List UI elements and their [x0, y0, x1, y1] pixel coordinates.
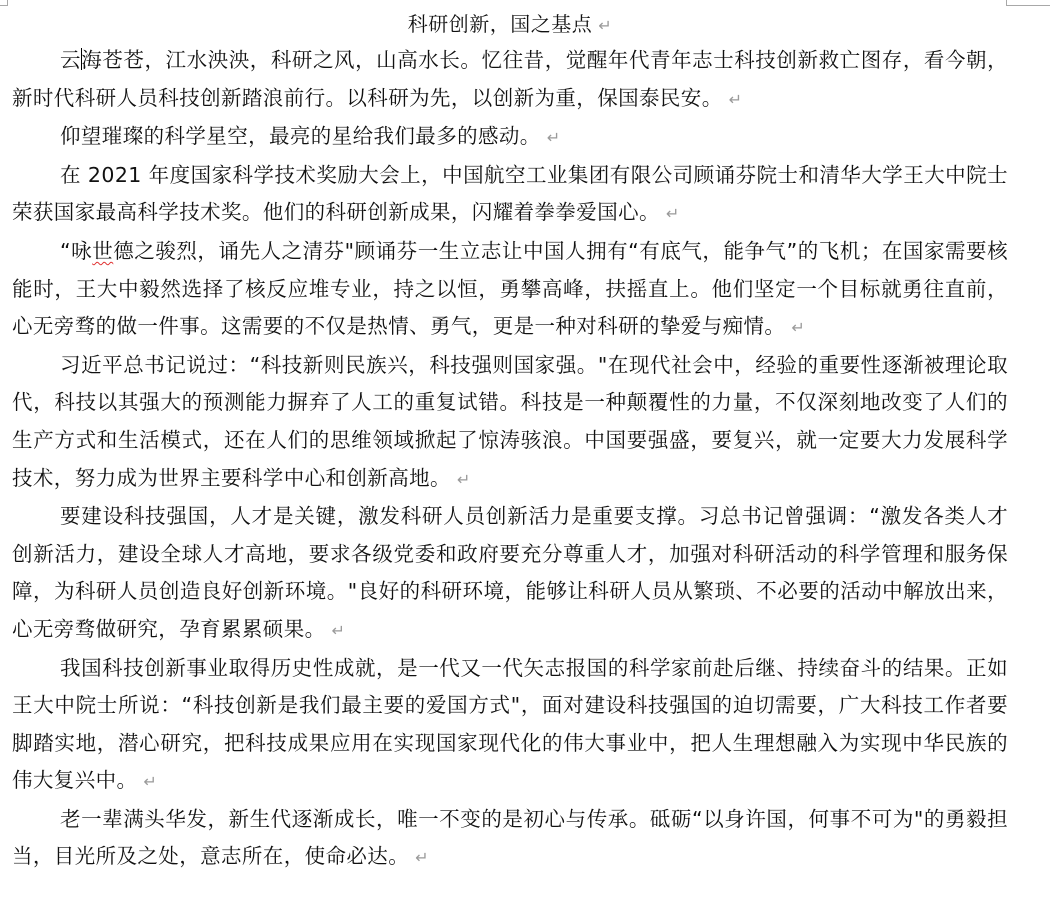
page-corner-mark-top-left — [0, 0, 8, 6]
paragraph-8[interactable]: 老一辈满头华发，新生代逐渐成长，唯一不变的是初心与传承。砥砺“以身许国，何事不可… — [12, 801, 1008, 877]
paragraph-mark-icon: ↵ — [143, 763, 157, 801]
paragraph-text: 在 2021 年度国家科学技术奖励大会上，中国航空工业集团有限公司顾诵芬院士和清… — [12, 163, 1008, 225]
title-text: 科研创新，国之基点 — [408, 12, 593, 36]
paragraph-text: 习近平总书记说过：“科技新则民族兴，科技强则国家强。"在现代社会中，经验的重要性… — [12, 353, 1008, 490]
paragraph-text: 海苍苍，江水泱泱，科研之风，山高水长。忆往昔，觉醒年代青年志士科技创新救亡图存，… — [12, 48, 1008, 110]
paragraph-mark-icon: ↵ — [666, 195, 680, 233]
paragraph-3[interactable]: 在 2021 年度国家科学技术奖励大会上，中国航空工业集团有限公司顾诵芬院士和清… — [12, 157, 1008, 233]
spelling-error-marker[interactable]: 世 — [92, 239, 113, 263]
document-page[interactable]: 科研创新，国之基点↵ 云海苍苍，江水泱泱，科研之风，山高水长。忆往昔，觉醒年代青… — [12, 6, 1008, 877]
paragraph-text: 要建设科技强国，人才是关键，激发科研人员创新活力是重要支撑。习总书记曾强调：“激… — [12, 504, 1008, 641]
paragraph-mark-icon: ↵ — [415, 839, 429, 877]
paragraph-text: 我国科技创新事业取得历史性成就，是一代又一代矢志报国的科学家前赴后继、持续奋斗的… — [12, 656, 1008, 793]
paragraph-text: 云 — [60, 48, 81, 72]
paragraph-mark-icon: ↵ — [457, 461, 471, 499]
paragraph-text: “咏 — [60, 239, 92, 263]
paragraph-2[interactable]: 仰望璀璨的科学星空，最亮的星给我们最多的感动。↵ — [12, 118, 1008, 157]
paragraph-5[interactable]: 习近平总书记说过：“科技新则民族兴，科技强则国家强。"在现代社会中，经验的重要性… — [12, 347, 1008, 498]
paragraph-6[interactable]: 要建设科技强国，人才是关键，激发科研人员创新活力是重要支撑。习总书记曾强调：“激… — [12, 498, 1008, 649]
paragraph-text: 德之骏烈，诵先人之清芬"顾诵芬一生立志让中国人拥有“有底气，能争气”的飞机；在国… — [12, 239, 1008, 338]
document-title[interactable]: 科研创新，国之基点↵ — [12, 6, 1008, 42]
paragraph-4[interactable]: “咏世德之骏烈，诵先人之清芬"顾诵芬一生立志让中国人拥有“有底气，能争气”的飞机… — [12, 233, 1008, 347]
paragraph-1[interactable]: 云海苍苍，江水泱泱，科研之风，山高水长。忆往昔，觉醒年代青年志士科技创新救亡图存… — [12, 42, 1008, 118]
page-corner-mark-top-right — [1006, 0, 1050, 6]
paragraph-mark-icon: ↵ — [729, 81, 743, 119]
paragraph-mark-icon: ↵ — [791, 309, 805, 347]
paragraph-7[interactable]: 我国科技创新事业取得历史性成就，是一代又一代矢志报国的科学家前赴后继、持续奋斗的… — [12, 650, 1008, 801]
paragraph-mark-icon: ↵ — [547, 119, 561, 157]
paragraph-text: 老一辈满头华发，新生代逐渐成长，唯一不变的是初心与传承。砥砺“以身许国，何事不可… — [12, 807, 1008, 869]
paragraph-mark-icon: ↵ — [598, 8, 612, 44]
paragraph-text: 仰望璀璨的科学星空，最亮的星给我们最多的感动。 — [60, 124, 541, 148]
paragraph-mark-icon: ↵ — [332, 612, 346, 650]
